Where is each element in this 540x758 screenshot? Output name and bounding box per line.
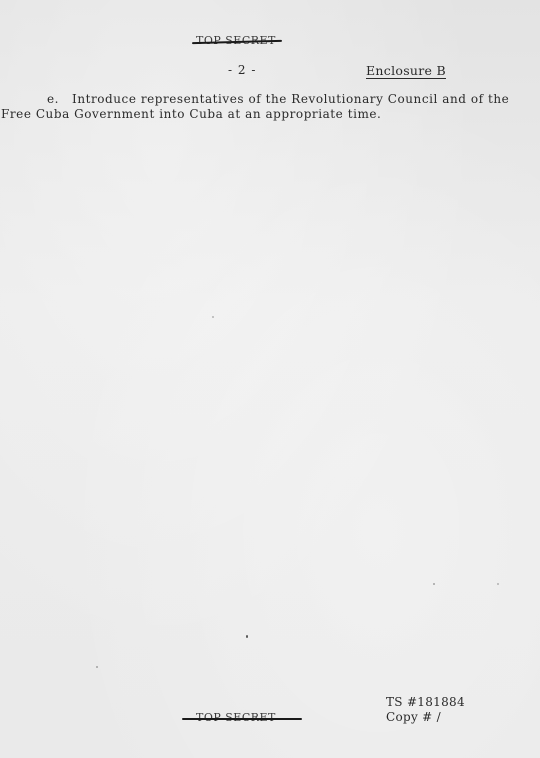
page-number: - 2 -	[228, 63, 256, 77]
paragraph-text-1: Introduce representatives of the Revolut…	[72, 92, 509, 106]
paragraph-line-2: Free Cuba Government into Cuba at an app…	[1, 107, 381, 121]
paper-speck	[212, 316, 214, 318]
control-number: TS #181884	[386, 695, 465, 709]
paper-speck	[246, 635, 248, 638]
paragraph-line-1: e.Introduce representatives of the Revol…	[47, 92, 509, 106]
classification-marking-top: TOP SECRET	[196, 34, 276, 47]
copy-number: Copy # /	[386, 710, 441, 724]
paragraph-label: e.	[47, 92, 59, 106]
paper-speck	[433, 583, 435, 585]
classification-marking-bottom: TOP SECRET	[196, 711, 276, 724]
enclosure-label: Enclosure B	[366, 63, 446, 78]
paper-speck	[497, 583, 499, 585]
strikethrough-mark	[182, 718, 302, 720]
paper-speck	[96, 666, 98, 668]
